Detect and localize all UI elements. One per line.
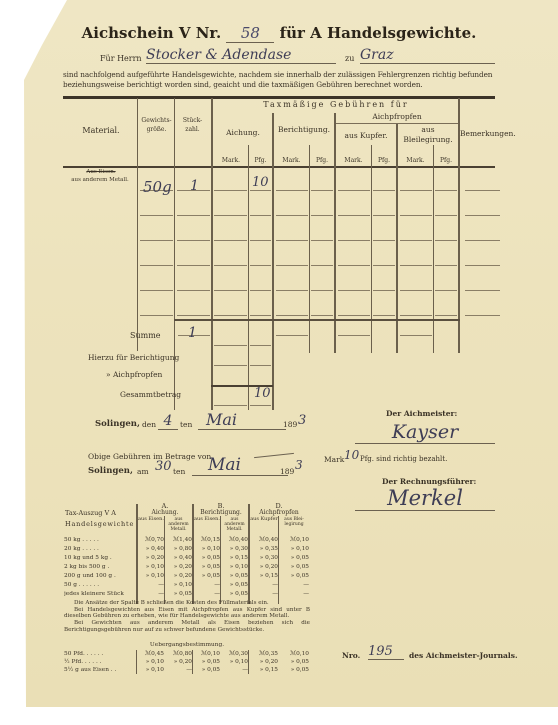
row-entry-line [400,190,432,191]
tax-note-2: Bei Handelsgewichten aus Eisen mit Aichp… [64,607,310,620]
row-entry-line [465,215,500,216]
header-remarks: Bemerkungen. [460,129,500,138]
tax-row-label: 10 kg und 5 kg . [64,554,136,563]
tax-row-value: » 0,05 [194,666,220,674]
row-entry-line [465,315,500,316]
row-entry-line [311,190,333,191]
recipient-label: Für Herrn [100,54,142,63]
row-entry-line [400,240,432,241]
intro-text: sind nachfolgend aufgeführte Handelsgewi… [63,70,503,89]
tax-row-value: — [221,666,248,674]
row-entry-line [311,315,333,316]
subheader-pfg: Pfg. [310,157,334,164]
tax-row-value: » 0,15 [250,666,278,674]
date2-year-prefix: 189 [280,467,294,476]
tax-row-value: » 0,05 [279,554,309,563]
row-entry-line [276,315,308,316]
tax-title-2: Handelsgewichte [65,520,134,528]
row-entry-line [214,190,247,191]
tax-row-value: » 0,05 [279,572,309,581]
tax-row-value: » 0,15 [250,572,278,581]
payment-mark-label: Mark [324,455,344,464]
tax-row-value: » 0,20 [250,658,278,666]
row-entry-line [276,265,308,266]
tax-row-value: ℳ0,40 [250,536,278,545]
payment-mark-value: 10 [344,448,359,462]
tax-row-value: » 0,05 [194,572,220,581]
row-entry-line [400,265,432,266]
row-entry-line [276,290,308,291]
tax-row-value: » 0,05 [221,581,248,590]
header-aichung: Aichung. [214,128,272,137]
tax-row-value: » 0,15 [221,554,248,563]
document-title: Aichschein V Nr. 58 für A Handelsgewicht… [0,24,558,43]
header-bottom-rule [63,166,495,168]
rechnungsfuehrer-label: Der Rechnungsführer: [382,477,476,486]
row-entry-line [214,265,247,266]
date1-den: den [142,420,156,429]
row-entry-line [373,290,395,291]
tax-row-value: » 0,20 [165,563,192,572]
tax-row-value: ℳ0,15 [194,536,220,545]
row-entry-line [373,240,395,241]
tax-row-value: — [194,590,220,599]
row-entry-line [177,215,210,216]
tax-sub-blei: aus Blei-legirung [279,517,309,527]
row-entry-line [214,315,247,316]
tax-row-value: » 0,10 [138,572,164,581]
table-top-rule [63,96,495,99]
tax-row-value: » 0,05 [165,590,192,599]
header-count: Stück-zahl. [176,116,209,134]
tax-row-value: ℳ0,80 [165,650,192,658]
row-entry-line [140,265,173,266]
tax-row-value: — [138,590,164,599]
tax-row-value: » 0,80 [165,545,192,554]
tax-row-value: ℳ0,35 [250,650,278,658]
header-kupfer: aus Kupfer. [336,131,396,140]
tax-row-value: ℳ0,10 [279,650,309,658]
sum-count: 1 [188,325,197,341]
row-entry-line [140,215,173,216]
row-entry-line [400,290,432,291]
row-entry-line [177,240,210,241]
tax-row-value: » 0,20 [138,554,164,563]
tax-row-value: » 0,05 [279,658,309,666]
row-entry-line [250,240,271,241]
row-entry-line [400,215,432,216]
row-entry-line [276,215,308,216]
date2-city: Solingen, [88,466,133,476]
row1-aichung-pfg: 10 [252,175,269,190]
date2-am: am [137,467,149,476]
tax-row-value: » 0,20 [165,658,192,666]
col-divider [433,145,434,353]
date1-ten: ten [180,420,192,429]
tax-row-value: ℳ0,70 [138,536,164,545]
tax-row-value: — [138,581,164,590]
date1-year-prefix: 189 [283,420,297,429]
certificate-number: 58 [226,24,274,43]
row-entry-line [435,240,457,241]
aichmeister-label: Der Aichmeister: [386,409,457,418]
tax-row-value: » 0,05 [279,563,309,572]
row-entry-line [311,240,333,241]
date1-year-suffix: 3 [298,413,306,428]
col-divider [371,145,372,353]
row-entry-line [177,290,210,291]
subheader-mark: Mark. [398,157,433,164]
tax-row-value: » 0,05 [279,666,309,674]
tax-sub-anderem: aus anderem Metall. [165,517,192,532]
header-aichpfropfen: Aichpfropfen [336,112,458,121]
tax-note-3: Bei Gewichten aus anderem Metall als Eis… [64,620,310,633]
date1-month: Mai [198,410,286,430]
row1-weight: 50g [143,178,172,196]
row-entry-line [250,190,271,191]
tax-title-1: Tax-Auszug V A [65,509,116,517]
extra-berichtigung: Hierzu für Berichtigung [88,353,179,362]
row-entry-line [214,405,247,406]
tax-row-value: ℳ0,45 [138,650,164,658]
sum-label: Summe [130,331,161,340]
col-divider [309,145,310,353]
tax-table: Tax-Auszug V A Handelsgewichte A. Aichun… [64,504,310,644]
tax-sub-eisen-b: aus Eisen. [194,517,220,523]
recipient-name: Stocker & Adendase [146,47,336,64]
subheader-pfg: Pfg. [249,157,272,164]
tax-row-value: » 0,20 [250,563,278,572]
transition-divider [136,650,137,674]
tax-row-value: ℳ0,40 [221,536,248,545]
tax-row-value: — [194,581,220,590]
col-divider [174,98,175,410]
row-entry-line [373,315,395,316]
tax-row-value: » 0,30 [250,554,278,563]
row-entry-line [373,265,395,266]
row-entry-line [435,290,457,291]
tax-row-value: — [279,590,309,599]
journal-number: 195 [368,644,404,660]
row-entry-line [465,290,500,291]
date1-day: 4 [158,413,178,430]
material-struck: Aus Eisen. [66,169,136,175]
tax-row-value: ℳ1,40 [165,536,192,545]
row-entry-line [435,315,457,316]
header-blei: aus Bleilegirung. [398,125,458,145]
col-divider [137,98,138,351]
tax-row-value: — [279,581,309,590]
col-divider [334,113,336,353]
row-entry-line [338,290,370,291]
row-entry-line [250,315,271,316]
row-entry-line [214,290,247,291]
row-entry-line [465,240,500,241]
transition-divider [248,650,249,674]
tax-row-value: » 0,30 [221,545,248,554]
payment-pfg-text: Pfg. sind richtig bezahlt. [360,455,447,463]
tax-row-value: ℳ0,30 [221,650,248,658]
intro-line-1: sind nachfolgend aufgeführte Handelsgewi… [63,70,503,80]
row-entry-line [338,240,370,241]
row-entry-line [214,345,247,346]
tax-note-1: Die Ansätze der Spalte B schließen die K… [64,600,310,607]
header-material: Material. [66,126,136,135]
tax-row-label: 50 g . . . . . . [64,581,136,590]
tax-row-label: 50 Pfd. . . . . . [64,650,136,658]
row-entry-line [373,190,395,191]
tax-row-value: » 0,05 [194,554,220,563]
row-entry-line [177,265,210,266]
location-name: Graz [360,47,495,64]
row-entry-line [338,190,370,191]
row-entry-line [400,335,432,336]
tax-row-value: » 0,20 [165,572,192,581]
subheader-pfg: Pfg. [372,157,396,164]
sum-top-rule [174,319,460,321]
tax-row-value: ℳ0,10 [279,536,309,545]
row-entry-line [250,345,271,346]
date2-year-suffix: 3 [295,458,303,472]
subheader-mark: Mark. [336,157,371,164]
header-weight-size: Gewichts-größe. [140,116,173,134]
row-entry-line [465,190,500,191]
tax-sub-kupfer: aus Kupfer [250,517,278,523]
tax-row-value: » 0,10 [221,658,248,666]
tax-row-value: — [250,581,278,590]
col-divider [211,98,213,410]
tax-row-value: » 0,05 [221,572,248,581]
tax-row-value: — [165,666,192,674]
date2-month: Mai [192,455,288,476]
row-entry-line [250,405,271,406]
rechnungsfuehrer-signature: Merkel [355,486,495,511]
tax-row-label: 50 kg . . . . . [64,536,136,545]
row-entry-line [338,215,370,216]
journal-prefix: Nro. [342,651,360,660]
row-entry-line [276,240,308,241]
tax-row-value: — [250,590,278,599]
date1-city: Solingen, [95,419,140,429]
tax-sub-eisen: aus Eisen. [138,517,164,523]
row-entry-line [311,215,333,216]
tax-col-d-name: Aichpfropfen [250,509,308,516]
row-entry-line [140,240,173,241]
tax-row-label: 20 kg . . . . . [64,545,136,554]
subheader-pfg: Pfg. [434,157,458,164]
tax-row-value: » 0,10 [194,545,220,554]
tax-row-label: ½ Pfd. . . . . . [64,658,136,666]
subheader-mark: Mark. [214,157,248,164]
intro-line-2: beziehungsweise berichtigt worden sind, … [63,80,503,90]
tax-row-value: » 0,10 [165,581,192,590]
tax-row-value: » 0,05 [194,563,220,572]
tax-row-value: » 0,10 [138,658,164,666]
date2-ten: ten [173,467,185,476]
tax-row-value: » 0,05 [221,590,248,599]
row-entry-line [435,265,457,266]
tax-row-value: » 0,10 [279,545,309,554]
header-fee-group: Taxmäßige Gebühren für [214,100,458,109]
total-pfg: 10 [254,386,271,401]
row1-count: 1 [190,178,199,194]
subheader-mark: Mark. [274,157,309,164]
row-entry-line [338,315,370,316]
row-entry-line [214,240,247,241]
row-entry-line [338,335,370,336]
row-entry-line [177,315,210,316]
row-entry-line [250,290,271,291]
row-entry-line [214,215,247,216]
tax-row-label: 200 g und 100 g . [64,572,136,581]
row-entry-line [311,290,333,291]
date2-day: 30 [155,459,172,474]
row-entry-line [250,265,271,266]
row-entry-line [338,265,370,266]
row-entry-line [214,365,247,366]
tax-row-value: » 0,40 [165,554,192,563]
tax-row-value: » 0,05 [194,658,220,666]
col-divider [248,145,249,410]
tax-row-label: 2 kg bis 500 g . [64,563,136,572]
tax-col-b-name: Berichtigung. [194,509,248,516]
tax-col-a-name: Aichung. [138,509,192,516]
row-entry-line [276,190,308,191]
row-entry-line [435,215,457,216]
row-entry-line [400,315,432,316]
transition-divider [192,650,193,674]
tax-notes: Die Ansätze der Spalte B schließen die K… [64,600,310,634]
row-entry-line [250,215,271,216]
title-suffix: für A Handelsgewichte. [280,24,477,42]
row-entry-line [250,365,271,366]
aichmeister-signature: Kayser [355,421,495,444]
tax-row-value: » 0,40 [138,545,164,554]
row-entry-line [276,335,308,336]
header-berichtigung: Berichtigung. [274,125,334,134]
tax-row-label: 5½ g aus Eisen . . [64,666,136,674]
title-prefix: Aichschein V Nr. [82,24,222,42]
extra-aichpfropfen: » Aichpfropfen [106,370,162,379]
location-label: zu [345,54,354,63]
row-entry-line [373,215,395,216]
tax-row-label: jedes kleinere Stück [64,590,136,599]
row-entry-line [140,315,173,316]
subheader-rule [336,123,458,124]
transition-title: Uebergangsbestimmung. [64,642,310,648]
tax-row-value: » 0,10 [138,563,164,572]
row-entry-line [140,290,173,291]
tax-row-value: » 0,10 [138,666,164,674]
tax-sub-anderem-b: aus anderem Metall. [221,517,248,532]
row-entry-line [311,265,333,266]
tax-row-value: » 0,35 [250,545,278,554]
journal-suffix: des Aichmeister-Journals. [409,651,518,660]
tax-row-value: » 0,10 [221,563,248,572]
material-label: aus anderem Metall. [62,177,138,183]
row-entry-line [435,190,457,191]
tax-row-value: ℳ0,10 [194,650,220,658]
row-entry-line [465,265,500,266]
total-label: Gesammtbetrag [120,390,181,399]
